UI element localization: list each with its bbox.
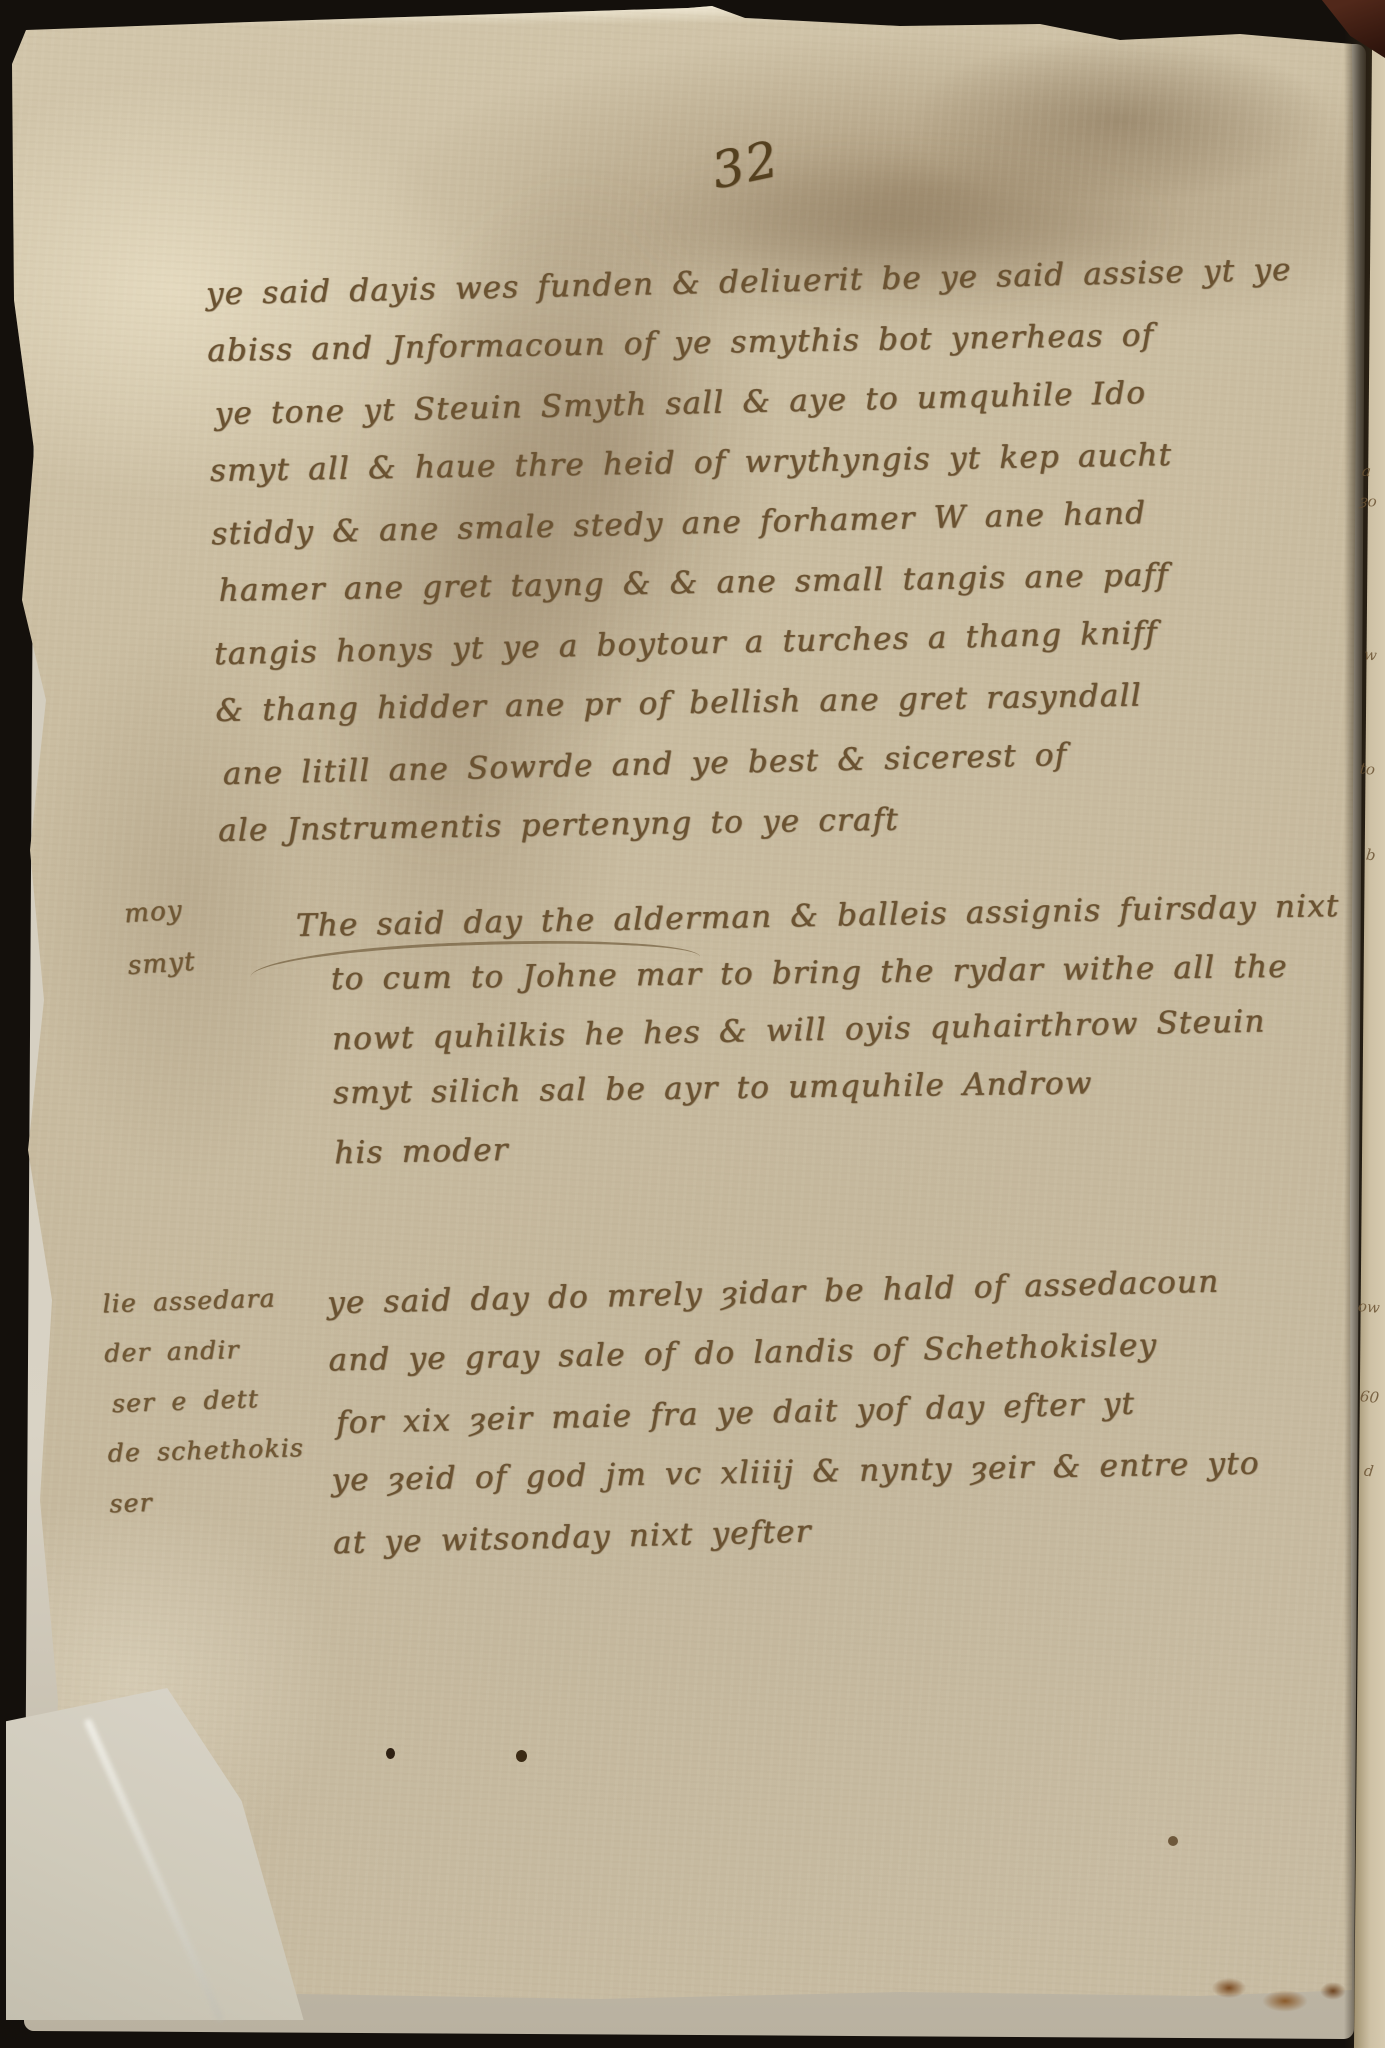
margin-note-1: moy smyt (122, 884, 197, 992)
stain-spot (1320, 1982, 1346, 2000)
edge-text-fragment: a (1361, 462, 1372, 481)
margin-note-line: smyt (126, 936, 197, 992)
edge-text-fragment: w (1363, 645, 1378, 664)
entry-paragraph-2: The said day the alderman & balleis assi… (295, 878, 1344, 1183)
stain-spot (1212, 1978, 1246, 1998)
edge-text-fragment: 60 (1359, 1387, 1380, 1407)
margin-note-line: ser e dett (111, 1373, 303, 1430)
entry-paragraph-1: ye said dayis wes funden & deliuerit be … (205, 240, 1304, 864)
stain-spot (1262, 1990, 1308, 2012)
edge-text-fragment: ȝo (1359, 491, 1378, 511)
edge-text-fragment: d (1363, 1462, 1374, 1481)
ink-fleck (386, 1748, 395, 1759)
edge-text-fragment: ow (1357, 1297, 1381, 1317)
edge-text-fragment: b (1365, 846, 1376, 865)
stain-spot (1168, 1836, 1178, 1846)
manuscript-scan: a ȝo w to b ow 60 d 32 ye said dayis wes… (0, 0, 1385, 2048)
ink-fleck (516, 1750, 527, 1762)
entry-paragraph-3: ye said day do mrely ȝidar be hald of as… (326, 1251, 1261, 1574)
margin-note-line: lie assedara (102, 1273, 300, 1330)
margin-note-line: moy (122, 884, 193, 941)
edge-text-fragment: to (1359, 759, 1376, 778)
margin-note-line: ser (109, 1473, 307, 1530)
margin-note-2: lie assedara der andir ser e dett de sch… (102, 1273, 307, 1530)
margin-note-line: de schethokis (107, 1423, 305, 1479)
margin-note-line: der andir (104, 1323, 302, 1379)
